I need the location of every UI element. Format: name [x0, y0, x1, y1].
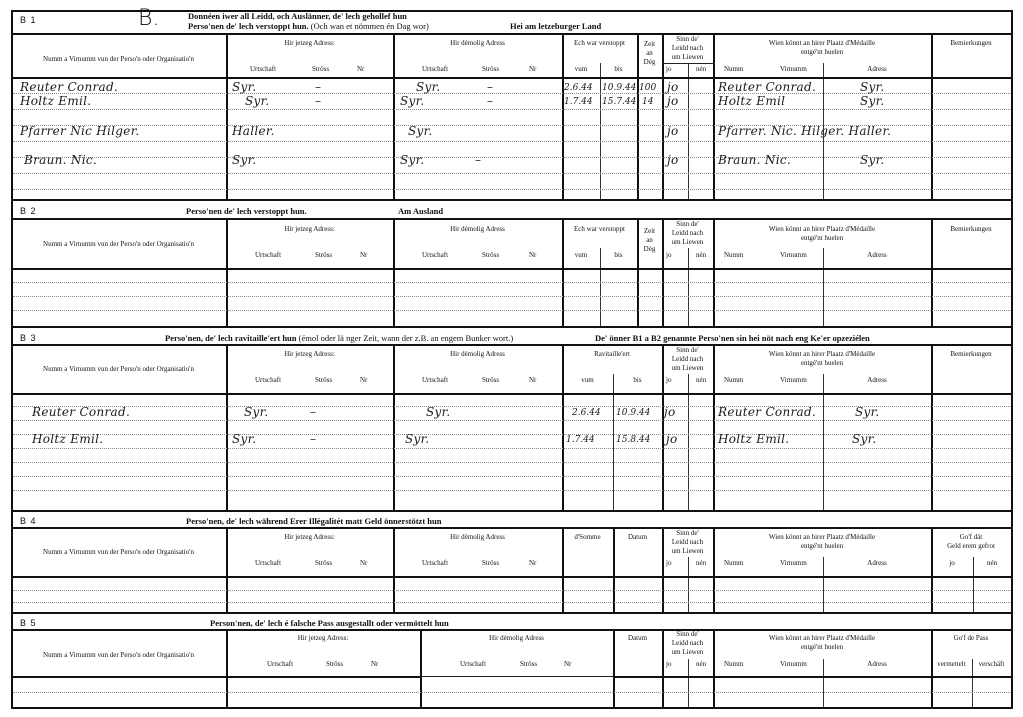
header-date: Datum — [613, 634, 662, 643]
header-locality: Urtschaft — [422, 251, 448, 260]
alive-yes: jo — [667, 94, 679, 108]
header-from: vum — [562, 251, 600, 260]
former-locality: Syr. — [400, 94, 424, 108]
alive-yes: jo — [667, 80, 679, 94]
medal-name: Holtz Emil. — [718, 432, 789, 446]
header-hidden: Ech war verstoppt — [562, 39, 637, 48]
header-yes: jo — [666, 660, 671, 669]
header-hidden: Ech war verstoppt — [562, 225, 637, 234]
current-street: – — [315, 80, 321, 94]
header-days: ZeitanDég — [637, 40, 662, 67]
header-number: Nr — [360, 376, 367, 385]
header-number: Nr — [529, 251, 536, 260]
header-m-address: Adress — [823, 660, 931, 669]
header-m-address: Adress — [823, 376, 931, 385]
person-name: Reuter Conrad. — [20, 80, 118, 94]
current-locality: Syr. — [245, 94, 269, 108]
header-number: Nr — [357, 65, 364, 74]
current-street: – — [310, 405, 316, 419]
header-yes: jo — [931, 559, 973, 568]
header-m-name: Numm — [724, 559, 743, 568]
former-locality: Syr. — [426, 405, 450, 419]
form-right-border — [1011, 10, 1013, 709]
header-street: Ströss — [315, 559, 332, 568]
header-procured: verschäft — [972, 660, 1011, 669]
header-locality: Urtschaft — [255, 251, 281, 260]
header-current-address: Hir jetzeg Adress: — [226, 350, 393, 359]
header-alive: Sinn de'Leidd nachum Liewen — [662, 630, 713, 657]
current-locality: Syr. — [232, 153, 256, 167]
current-street: – — [310, 432, 316, 446]
hidden-from: 2.6.44 — [564, 83, 593, 93]
header-current-address: Hir jetzeg Adress: — [226, 634, 420, 643]
former-street: – — [475, 153, 481, 167]
header-alive: Sinn de'Leidd nachum Liewen — [662, 220, 713, 247]
header-remarks: Bemierkungen — [931, 39, 1011, 48]
header-current-address: Hir jetzeg Adress: — [226, 39, 393, 48]
section-id: B 5 — [20, 618, 37, 628]
section-title-line1: Donnéen iwer all Leidd, och Auslänner, d… — [188, 11, 407, 21]
hidden-to: 15.7.44 — [602, 97, 636, 107]
header-to: bis — [600, 65, 637, 74]
supplied-from: 1.7.44 — [566, 435, 595, 445]
header-m-name: Numm — [724, 660, 743, 669]
header-alive: Sinn de'Leidd nachum Liewen — [662, 346, 713, 373]
header-gave-money: Go'f dätGeld erem gefrot — [931, 533, 1011, 551]
header-street: Ströss — [482, 251, 499, 260]
former-locality: Syr. — [408, 124, 432, 138]
header-street: Ströss — [326, 660, 343, 669]
header-to: bis — [600, 251, 637, 260]
header-name: Numm a Virnumm vun der Perso'n oder Orga… — [11, 651, 226, 660]
current-locality: Syr. — [232, 432, 256, 446]
current-street: – — [315, 94, 321, 108]
former-street: – — [487, 80, 493, 94]
days: 100 — [639, 83, 656, 93]
header-no: nén — [696, 65, 706, 74]
section-id: B 2 — [20, 206, 37, 216]
header-street: Ströss — [482, 65, 499, 74]
header-gave-pass: Go'f de Pass — [931, 634, 1011, 643]
current-locality: Haller. — [232, 124, 275, 138]
section-title-right: Hei am letzeburger Land — [510, 21, 601, 31]
header-medal: Wien könnt an hirer Plaatz d'Médailleent… — [713, 634, 931, 652]
header-number: Nr — [529, 376, 536, 385]
person-name: Holtz Emil. — [32, 432, 103, 446]
header-locality: Urtschaft — [422, 559, 448, 568]
header-yes: jo — [666, 65, 671, 74]
medal-address: Syr. — [855, 405, 879, 419]
medal-name: Holtz Emil — [718, 94, 785, 108]
person-name: Pfarrer Nic Hilger. — [20, 124, 140, 138]
former-locality: Syr. — [405, 432, 429, 446]
header-no: nén — [696, 559, 706, 568]
medal-address: Syr. — [860, 94, 884, 108]
alive-yes: jo — [664, 405, 676, 419]
person-name: Braun. Nic. — [24, 153, 97, 167]
person-name: Reuter Conrad. — [32, 405, 130, 419]
header-from: vum — [562, 376, 613, 385]
medal-name: Pfarrer. Nic. Hilger. Haller. — [718, 124, 891, 138]
header-from: vum — [562, 65, 600, 74]
form-left-border — [11, 10, 13, 709]
form-letter: B. — [138, 6, 159, 31]
current-locality: Syr. — [232, 80, 256, 94]
header-mediated: vermettelt — [931, 660, 972, 669]
former-street: – — [487, 94, 493, 108]
hidden-from: 1.7.44 — [564, 97, 593, 107]
section-title: Perso'nen, de' lech während Erer Illégal… — [186, 516, 441, 526]
hidden-to: 10.9.44 — [602, 83, 636, 93]
header-number: Nr — [360, 251, 367, 260]
header-number: Nr — [529, 559, 536, 568]
header-name: Numm a Virnumm vun der Perso'n oder Orga… — [11, 240, 226, 249]
header-locality: Urtschaft — [255, 376, 281, 385]
header-m-address: Adress — [823, 251, 931, 260]
header-former-address: Hir démolig Adress — [420, 634, 613, 643]
header-date: Datum — [613, 533, 662, 542]
header-name: Numm a Virnumm vun der Perso'n oder Orga… — [11, 365, 226, 374]
section-title-right: Am Ausland — [398, 206, 443, 216]
medal-address: Syr. — [852, 432, 876, 446]
current-locality: Syr. — [244, 405, 268, 419]
supplied-to: 10.9.44 — [616, 408, 650, 418]
header-medal: Wien könnt an hirer Plaatz d'Médailleent… — [713, 533, 931, 551]
header-street: Ströss — [520, 660, 537, 669]
alive-yes: jo — [666, 432, 678, 446]
header-number: Nr — [564, 660, 571, 669]
header-locality: Urtschaft — [422, 65, 448, 74]
header-m-firstname: Virnumm — [780, 251, 807, 260]
medal-address: Syr. — [860, 153, 884, 167]
section-title: Perso'nen, de' lech ravitaille'ert hun (… — [165, 333, 513, 343]
days: 14 — [642, 97, 653, 107]
header-yes: jo — [666, 559, 671, 568]
header-street: Ströss — [315, 251, 332, 260]
header-m-firstname: Virnumm — [780, 660, 807, 669]
header-locality: Urtschaft — [255, 559, 281, 568]
header-m-name: Numm — [724, 251, 743, 260]
header-m-address: Adress — [823, 559, 931, 568]
medal-name: Reuter Conrad. — [718, 405, 816, 419]
header-m-firstname: Virnumm — [780, 559, 807, 568]
supplied-from: 2.6.44 — [572, 408, 601, 418]
header-number: Nr — [371, 660, 378, 669]
header-street: Ströss — [482, 376, 499, 385]
section-id: B 4 — [20, 516, 37, 526]
header-no: nén — [696, 376, 706, 385]
header-m-address: Adress — [823, 65, 931, 74]
header-locality: Urtschaft — [267, 660, 293, 669]
section-id: B 3 — [20, 333, 37, 343]
header-former-address: Hir démolig Adress — [393, 350, 562, 359]
alive-yes: jo — [667, 124, 679, 138]
section-title: Perso'nen de' lech verstoppt hun. — [186, 206, 307, 216]
person-name: Holtz Emil. — [20, 94, 91, 108]
header-m-name: Numm — [724, 65, 743, 74]
section-title-line2: Perso'nen de' lech verstoppt hun. (Och w… — [188, 21, 429, 31]
header-medal: Wien könnt an hirer Plaatz d'Médailleent… — [713, 350, 931, 368]
header-medal: Wien könnt an hirer Plaatz d'Médailleent… — [713, 225, 931, 243]
header-no: nén — [696, 251, 706, 260]
header-street: Ströss — [315, 376, 332, 385]
header-no: nén — [696, 660, 706, 669]
header-former-address: Hir démolig Adress — [393, 225, 562, 234]
medal-name: Reuter Conrad. — [718, 80, 816, 94]
medal-address: Syr. — [860, 80, 884, 94]
header-number: Nr — [360, 559, 367, 568]
header-no: nén — [973, 559, 1011, 568]
header-m-name: Numm — [724, 376, 743, 385]
header-current-address: Hir jetzeg Adress: — [226, 533, 393, 542]
header-name: Numm a Virnumm vun der Perso'n oder Orga… — [11, 55, 226, 64]
former-locality: Syr. — [416, 80, 440, 94]
header-sum: d'Somme — [562, 533, 613, 542]
header-locality: Urtschaft — [250, 65, 276, 74]
header-street: Ströss — [312, 65, 329, 74]
header-street: Ströss — [482, 559, 499, 568]
header-locality: Urtschaft — [422, 376, 448, 385]
header-m-firstname: Virnumm — [780, 65, 807, 74]
header-yes: jo — [666, 376, 671, 385]
header-yes: jo — [666, 251, 671, 260]
header-supplied: Ravitaille'ert — [562, 350, 662, 359]
header-name: Numm a Virnumm vun der Perso'n oder Orga… — [11, 548, 226, 557]
medal-name: Braun. Nic. — [718, 153, 791, 167]
header-number: Nr — [529, 65, 536, 74]
section-id: B 1 — [20, 15, 37, 25]
header-alive: Sinn de'Leidd nachum Liewen — [662, 35, 713, 62]
header-medal: Wien könnt an hirer Plaatz d'Médailleent… — [713, 39, 931, 57]
section-title: Person'nen, de' lech é falsche Pass ausg… — [210, 618, 449, 628]
header-m-firstname: Virnumm — [780, 376, 807, 385]
alive-yes: jo — [667, 153, 679, 167]
header-remarks: Bemierkungen — [931, 350, 1011, 359]
header-to: bis — [613, 376, 662, 385]
header-days: ZeitanDég — [637, 227, 662, 254]
header-alive: Sinn de'Leidd nachum Liewen — [662, 529, 713, 556]
header-remarks: Bemierkungen — [931, 225, 1011, 234]
supplied-to: 15.8.44 — [616, 435, 650, 445]
header-former-address: Hir démolig Adress — [393, 39, 562, 48]
section-title-right: De' önner B1 a B2 genannte Perso'nen sin… — [595, 333, 870, 343]
header-locality: Urtschaft — [460, 660, 486, 669]
header-former-address: Hir démolig Adress — [393, 533, 562, 542]
header-current-address: Hir jetzeg Adress: — [226, 225, 393, 234]
former-locality: Syr. — [400, 153, 424, 167]
